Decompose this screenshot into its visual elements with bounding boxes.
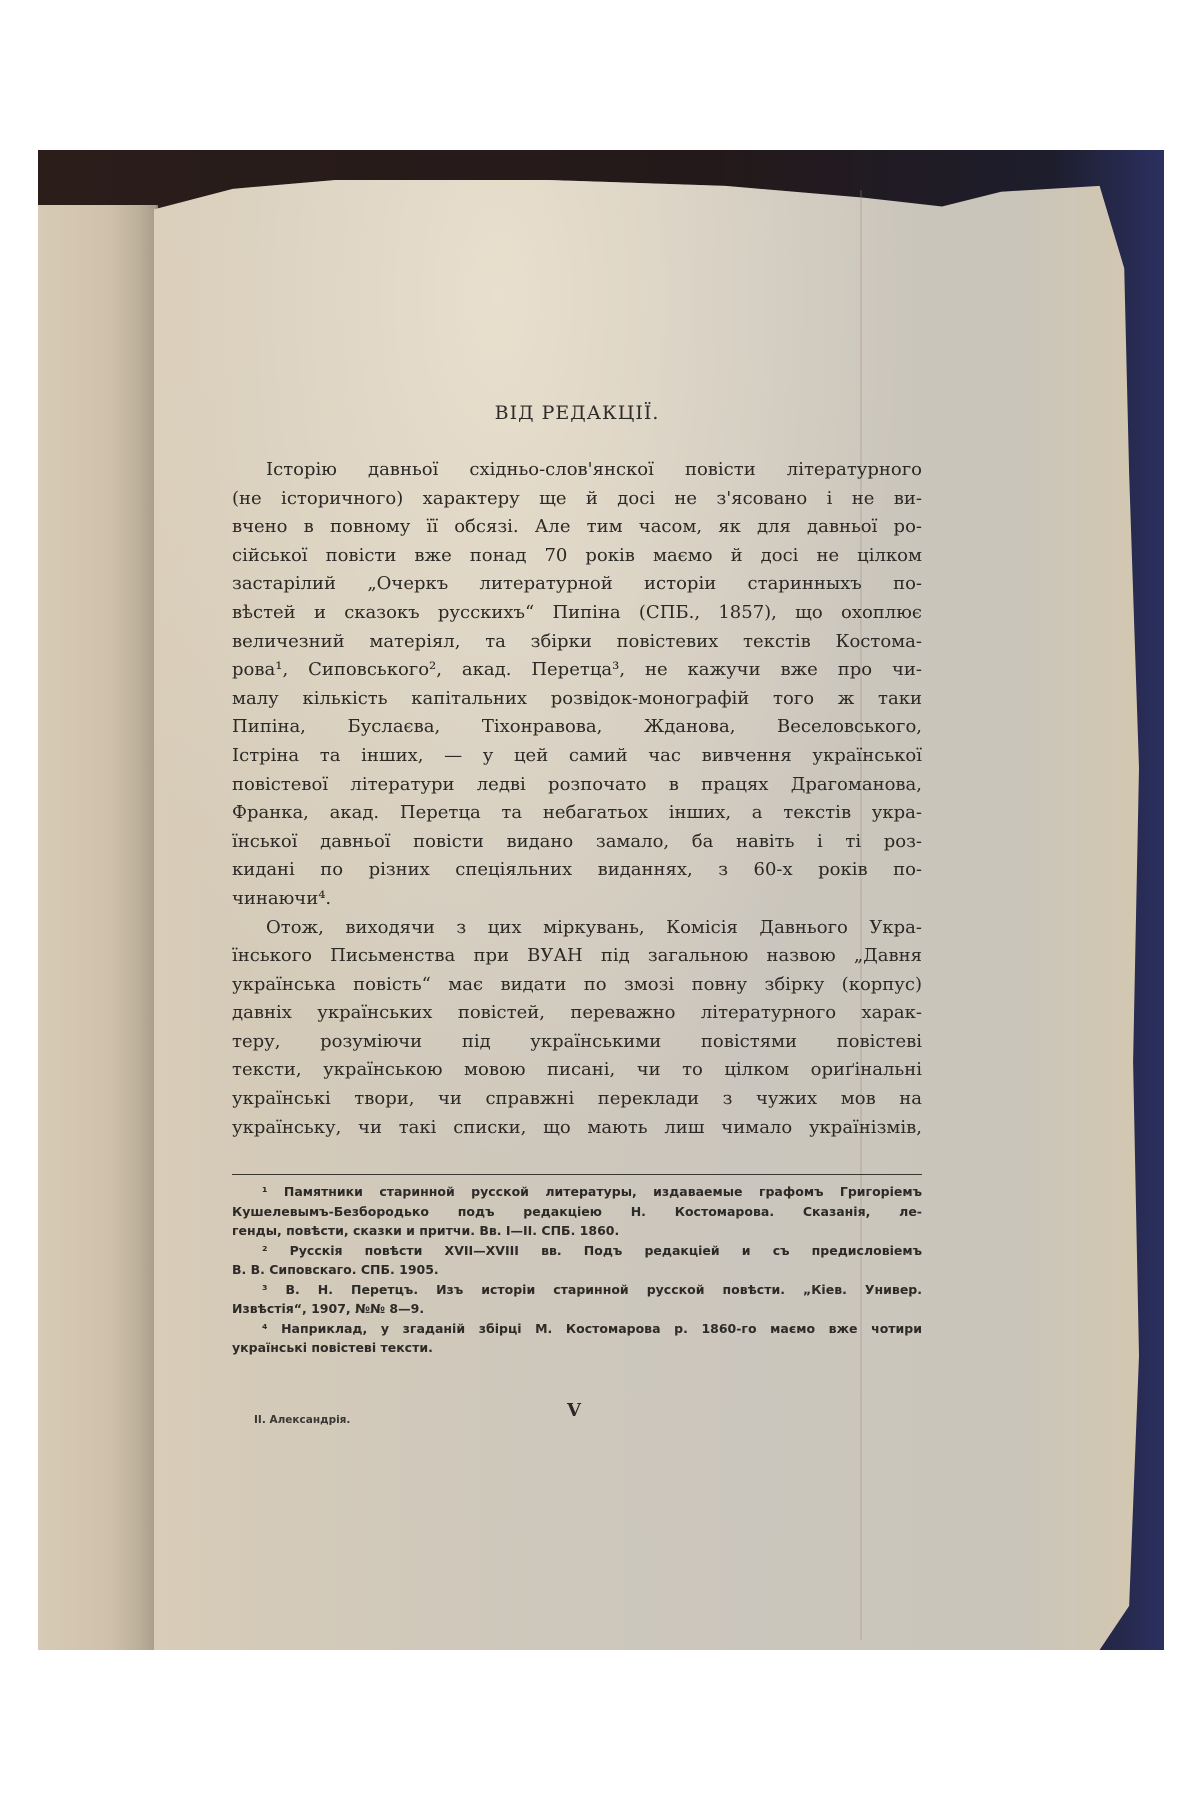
body-line: вѣстей и сказокъ русскихъ“ Пипіна (СПБ.,…	[232, 599, 922, 628]
body-line: вчено в повному її обсязі. Але тим часом…	[232, 513, 922, 542]
body-line: чинаючи⁴.	[232, 885, 922, 914]
body-line: Істріна та інших, — у цей самий час вивч…	[232, 742, 922, 771]
body-line: Пипіна, Буслаєва, Тіхонравова, Жданова, …	[232, 713, 922, 742]
body-line: застарілий „Очеркъ литературной исторіи …	[232, 570, 922, 599]
footnote-line: В. В. Сиповскаго. СПБ. 1905.	[232, 1260, 922, 1280]
page-number: V	[567, 1400, 581, 1421]
body-line: теру, розуміючи під українськими повістя…	[232, 1028, 922, 1057]
footnote-line: ³ В. Н. Перетцъ. Изъ исторіи старинной р…	[232, 1280, 922, 1300]
body-text: Історію давньої східньо-слов'янскої пові…	[232, 456, 922, 1142]
footnote-line: ¹ Памятники старинной русской литературы…	[232, 1182, 922, 1202]
footnote-line: Кушелевымъ-Безбородько подъ редакціею Н.…	[232, 1202, 922, 1222]
footnote-line: українські повістеві тексти.	[232, 1338, 922, 1358]
footnote-line: генды, повѣсти, сказки и притчи. Вв. I—I…	[232, 1221, 922, 1241]
footnote-line: Извѣстія“, 1907, №№ 8—9.	[232, 1299, 922, 1319]
body-line: (не історичного) характеру ще й досі не …	[232, 485, 922, 514]
body-line: їнського Письменства при ВУАН під загаль…	[232, 942, 922, 971]
body-line: малу кількість капітальних розвідок-моно…	[232, 685, 922, 714]
body-line: давніх українських повістей, переважно л…	[232, 999, 922, 1028]
footnote-line: ⁴ Наприклад, у згаданій збірці М. Костом…	[232, 1319, 922, 1339]
footnotes: ¹ Памятники старинной русской литературы…	[232, 1182, 922, 1358]
body-line: Отож, виходячи з цих міркувань, Комісія …	[232, 914, 922, 943]
body-line: сійської повісти вже понад 70 років маєм…	[232, 542, 922, 571]
left-page-edge	[38, 205, 158, 1650]
body-line: Історію давньої східньо-слов'янскої пові…	[232, 456, 922, 485]
printer-mark: II. Александрія.	[254, 1414, 350, 1426]
page-title: ВІД РЕДАКЦІЇ.	[232, 402, 922, 424]
footnote-divider	[232, 1174, 922, 1175]
body-line: повістевої літератури ледві розпочато в …	[232, 771, 922, 800]
body-line: українські твори, чи справжні переклади …	[232, 1085, 922, 1114]
body-line: рова¹, Сиповського², акад. Перетца³, не …	[232, 656, 922, 685]
body-line: тексти, українською мовою писані, чи то …	[232, 1056, 922, 1085]
body-line: Франка, акад. Перетца та небагатьох інши…	[232, 799, 922, 828]
body-line: українська повість“ має видати по змозі …	[232, 971, 922, 1000]
footnote-line: ² Русскія повѣсти XVII—XVIII вв. Подъ ре…	[232, 1241, 922, 1261]
body-line: кидані по різних спеціяльних виданнях, з…	[232, 856, 922, 885]
body-line: українську, чи такі списки, що мають лиш…	[232, 1114, 922, 1143]
body-line: їнської давньої повісти видано замало, б…	[232, 828, 922, 857]
body-line: величезний матеріял, та збірки повістеви…	[232, 628, 922, 657]
